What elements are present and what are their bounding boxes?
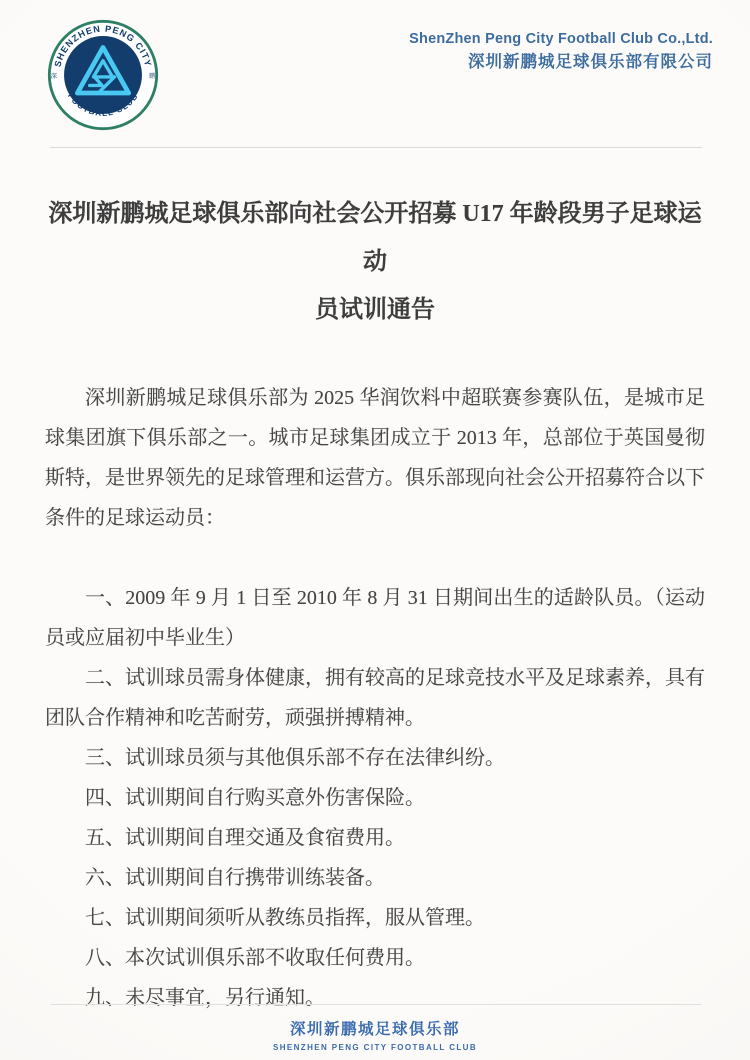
club-crest-icon: SHENZHEN PENG CITY FOOTBALL CLUB 深 鹏 xyxy=(46,18,160,132)
notice-title: 深圳新鹏城足球俱乐部向社会公开招募 U17 年龄段男子足球运动 员试训通告 xyxy=(45,190,705,334)
notice-title-line1: 深圳新鹏城足球俱乐部向社会公开招募 U17 年龄段男子足球运动 xyxy=(45,190,705,286)
footer-club-name-english: SHENZHEN PENG CITY FOOTBALL CLUB xyxy=(0,1041,750,1054)
footer: 深圳新鹏城足球俱乐部 SHENZHEN PENG CITY FOOTBALL C… xyxy=(0,989,750,1054)
requirement-item-3: 三、试训球员须与其他俱乐部不存在法律纠纷。 xyxy=(45,738,705,778)
requirement-item-7: 七、试训期间须听从教练员指挥，服从管理。 xyxy=(45,898,705,938)
crest-side-char-left: 深 xyxy=(51,72,57,80)
crest-side-char-right: 鹏 xyxy=(149,72,155,80)
requirement-item-8: 八、本次试训俱乐部不收取任何费用。 xyxy=(45,938,705,978)
requirement-item-2: 二、试训球员需身体健康，拥有较高的足球竞技水平及足球素养，具有团队合作精神和吃苦… xyxy=(45,658,705,738)
requirement-item-1: 一、2009 年 9 月 1 日至 2010 年 8 月 31 日期间出生的适龄… xyxy=(45,578,705,658)
document-page: SHENZHEN PENG CITY FOOTBALL CLUB 深 鹏 She… xyxy=(0,0,750,1060)
footer-divider xyxy=(50,1004,702,1005)
company-name-chinese: 深圳新鹏城足球俱乐部有限公司 xyxy=(409,50,713,74)
intro-paragraph: 深圳新鹏城足球俱乐部为 2025 华润饮料中超联赛参赛队伍，是城市足球集团旗下俱… xyxy=(45,378,705,538)
requirement-item-5: 五、试训期间自理交通及食宿费用。 xyxy=(45,818,705,858)
company-name-block: ShenZhen Peng City Football Club Co.,Ltd… xyxy=(409,28,713,74)
requirement-item-4: 四、试训期间自行购买意外伤害保险。 xyxy=(45,778,705,818)
requirement-item-6: 六、试训期间自行携带训练装备。 xyxy=(45,858,705,898)
notice-title-line2: 员试训通告 xyxy=(45,286,705,334)
letterhead: SHENZHEN PENG CITY FOOTBALL CLUB 深 鹏 She… xyxy=(0,0,750,132)
requirement-list: 一、2009 年 9 月 1 日至 2010 年 8 月 31 日期间出生的适龄… xyxy=(45,578,705,1018)
club-crest-logo: SHENZHEN PENG CITY FOOTBALL CLUB 深 鹏 xyxy=(46,18,160,132)
header-divider xyxy=(50,147,702,148)
notice-body: 深圳新鹏城足球俱乐部向社会公开招募 U17 年龄段男子足球运动 员试训通告 深圳… xyxy=(0,190,750,1018)
footer-club-name-chinese: 深圳新鹏城足球俱乐部 xyxy=(0,1019,750,1041)
company-name-english: ShenZhen Peng City Football Club Co.,Ltd… xyxy=(409,28,713,50)
